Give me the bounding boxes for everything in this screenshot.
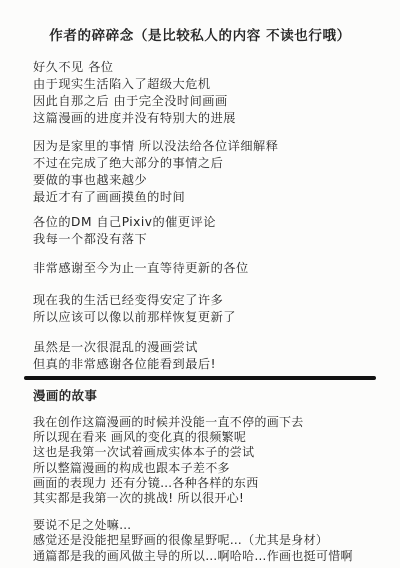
- text-line: 最近才有了画画摸鱼的时间: [33, 189, 390, 206]
- story-section: 我在创作这篇漫画的时候并没能一直不停的画下去 所以现在看来 画风的变化真的很频繁…: [0, 415, 400, 564]
- paragraph: 要说不足之处嘛… 感觉还是没能把星野画的很像星野呢…（尤其是身材） 通篇都是我的…: [33, 518, 390, 564]
- author-note-section: 好久不见 各位 由于现实生活陷入了超级大危机 因此自那之后 由于完全没时间画画 …: [0, 59, 400, 373]
- text-line: 所以整篇漫画的构成也跟本子差不多: [33, 461, 390, 476]
- section-divider: [24, 376, 376, 380]
- text-line: 所以应该可以像以前那样恢复更新了: [33, 309, 390, 326]
- text-line: 其实都是我第一次的挑战! 所以很开心!: [33, 491, 390, 506]
- text-line: 但真的非常感谢各位能看到最后!: [33, 356, 390, 373]
- text-line: 我每一个都没有落下: [33, 231, 390, 248]
- text-line: 各位的DM 自己Pixiv的催更评论: [33, 214, 390, 231]
- section-heading: 漫画的故事: [0, 387, 400, 404]
- paragraph: 虽然是一次很混乱的漫画尝试 但真的非常感谢各位能看到最后!: [33, 339, 390, 373]
- paragraph: 因为是家里的事情 所以没法给各位详细解释 不过在完成了绝大部分的事情之后 要做的…: [33, 138, 390, 206]
- text-line: 画面的表现力 还有分镜…各种各样的东西: [33, 476, 390, 491]
- paragraph: 我在创作这篇漫画的时候并没能一直不停的画下去 所以现在看来 画风的变化真的很频繁…: [33, 415, 390, 506]
- text-line: 我在创作这篇漫画的时候并没能一直不停的画下去: [33, 415, 390, 430]
- text-line: 因此自那之后 由于完全没时间画画: [33, 93, 390, 110]
- text-line: 这篇漫画的进度并没有特别大的进展: [33, 110, 390, 127]
- text-line: 要说不足之处嘛…: [33, 518, 390, 533]
- paragraph: 各位的DM 自己Pixiv的催更评论 我每一个都没有落下: [33, 214, 390, 248]
- text-line: 所以现在看来 画风的变化真的很频繁呢: [33, 430, 390, 445]
- text-line: 感觉还是没能把星野画的很像星野呢…（尤其是身材）: [33, 533, 390, 548]
- page-title: 作者的碎碎念（是比较私人的内容 不读也行哦）: [0, 0, 400, 45]
- text-line: 现在我的生活已经变得安定了许多: [33, 292, 390, 309]
- text-line: 由于现实生活陷入了超级大危机: [33, 76, 390, 93]
- text-line: 这也是我第一次试着画成实体本子的尝试: [33, 445, 390, 460]
- paragraph: 现在我的生活已经变得安定了许多 所以应该可以像以前那样恢复更新了: [33, 292, 390, 326]
- text-line: 通篇都是我的画风做主导的所以…啊哈哈…作画也挺可惜啊: [33, 549, 390, 564]
- text-line: 因为是家里的事情 所以没法给各位详细解释: [33, 138, 390, 155]
- text-line: 不过在完成了绝大部分的事情之后: [33, 155, 390, 172]
- author-note-page: 作者的碎碎念（是比较私人的内容 不读也行哦） 好久不见 各位 由于现实生活陷入了…: [0, 0, 400, 568]
- paragraph: 好久不见 各位 由于现实生活陷入了超级大危机 因此自那之后 由于完全没时间画画 …: [33, 59, 390, 127]
- text-line: 好久不见 各位: [33, 59, 390, 76]
- text-line: 非常感谢至今为止一直等待更新的各位: [33, 260, 390, 277]
- text-line: 虽然是一次很混乱的漫画尝试: [33, 339, 390, 356]
- text-line: 要做的事也越来越少: [33, 172, 390, 189]
- paragraph: 非常感谢至今为止一直等待更新的各位: [33, 260, 390, 277]
